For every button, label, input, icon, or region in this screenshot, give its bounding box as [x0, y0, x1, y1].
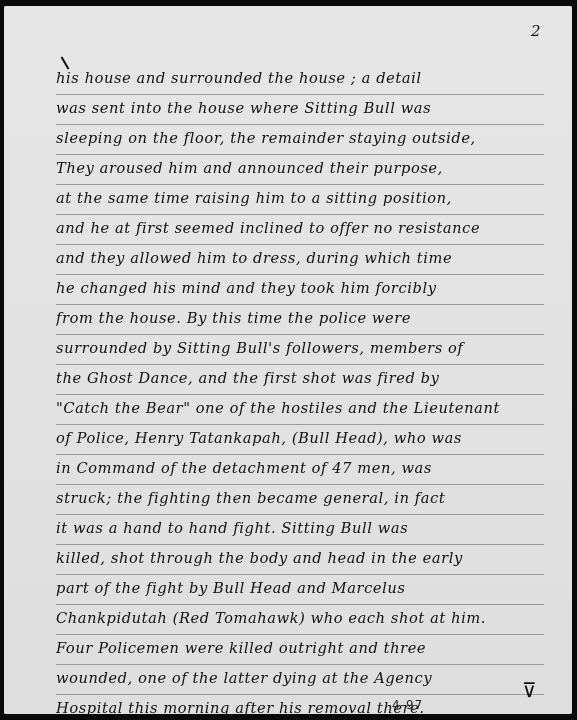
handwritten-line: was sent into the house where Sitting Bu… — [56, 94, 544, 125]
handwritten-line: part of the fight by Bull Head and Marce… — [56, 574, 544, 605]
handwritten-line: from the house. By this time the police … — [56, 304, 544, 335]
document-page: 2 his house and surrounded the house ; a… — [4, 6, 572, 714]
handwritten-line: killed, shot through the body and head i… — [56, 544, 544, 575]
handwritten-line: his house and surrounded the house ; a d… — [56, 64, 544, 95]
end-mark-symbol: ⊽ — [522, 678, 537, 702]
handwritten-line: struck; the fighting then became general… — [56, 484, 544, 515]
handwritten-line: and he at first seemed inclined to offer… — [56, 214, 544, 245]
handwritten-line: it was a hand to hand fight. Sitting Bul… — [56, 514, 544, 545]
handwritten-line: Four Policemen were killed outright and … — [56, 634, 544, 665]
handwritten-line: the Ghost Dance, and the first shot was … — [56, 364, 544, 395]
archive-number: 4-97 — [392, 698, 423, 712]
handwritten-line: of Police, Henry Tatankapah, (Bull Head)… — [56, 424, 544, 455]
handwritten-line: and they allowed him to dress, during wh… — [56, 244, 544, 275]
handwritten-line: "Catch the Bear" one of the hostiles and… — [56, 394, 544, 425]
handwritten-line: Chankpidutah (Red Tomahawk) who each sho… — [56, 604, 544, 635]
handwritten-line: wounded, one of the latter dying at the … — [56, 664, 544, 695]
handwritten-line: in Command of the detachment of 47 men, … — [56, 454, 544, 485]
handwritten-line: sleeping on the floor, the remainder sta… — [56, 124, 544, 155]
handwritten-line: Hospital this morning after his removal … — [56, 694, 516, 720]
page-number: 2 — [531, 22, 541, 40]
handwritten-line: They aroused him and announced their pur… — [56, 154, 544, 185]
handwritten-line: surrounded by Sitting Bull's followers, … — [56, 334, 544, 365]
handwritten-line: he changed his mind and they took him fo… — [56, 274, 544, 305]
handwritten-line: at the same time raising him to a sittin… — [56, 184, 544, 215]
